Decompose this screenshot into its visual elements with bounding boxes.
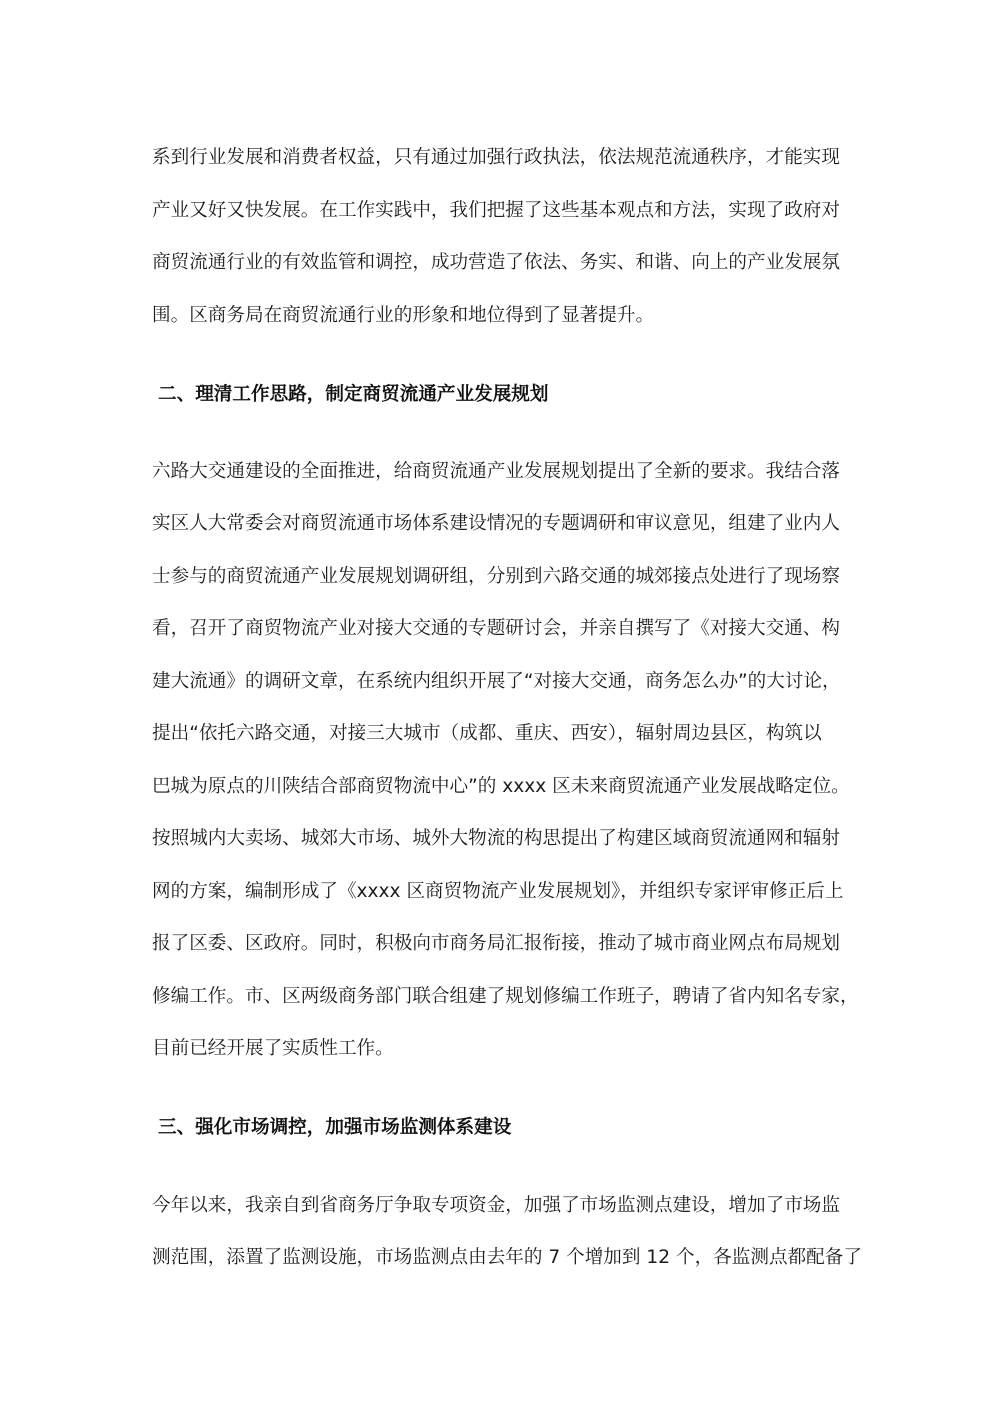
text-line: 修编工作。市、区两级商务部门联合组建了规划修编工作班子，聘请了省内知名专家， — [152, 985, 859, 1009]
text-line: 测范围，添置了监测设施，市场监测点由去年的 7 个增加到 12 个，各监测点都配… — [152, 1246, 862, 1270]
document-page: 系到行业发展和消费者权益，只有通过加强行政执法，依法规范流通秩序，才能实现 产业… — [0, 0, 1000, 1415]
text-line: 士参与的商贸流通产业发展规划调研组，分别到六路交通的城郊接点处进行了现场察 — [152, 565, 840, 589]
text-line: 提出“依托六路交通，对接三大城市（成都、重庆、西安），辐射周边县区，构筑以 — [152, 722, 822, 746]
text-line: 巴城为原点的川陕结合部商贸物流中心”的 xxxx 区未来商贸流通产业发展战略定位… — [152, 775, 850, 799]
text-line: 商贸流通行业的有效监管和调控，成功营造了依法、务实、和谐、向上的产业发展氛 — [152, 251, 840, 275]
text-line: 目前已经开展了实质性工作。 — [152, 1037, 394, 1061]
text-line: 网的方案，编制形成了《xxxx 区商贸物流产业发展规划》，并组织专家评审修正后上 — [152, 880, 843, 904]
text-line: 报了区委、区政府。同时，积极向市商务局汇报衔接，推动了城市商业网点布局规划 — [152, 932, 840, 956]
text-line: 按照城内大卖场、城郊大市场、城外大物流的构思提出了构建区域商贸流通网和辐射 — [152, 827, 840, 851]
text-line: 围。区商务局在商贸流通行业的形象和地位得到了显著提升。 — [152, 304, 654, 328]
text-line: 产业又好又快发展。在工作实践中，我们把握了这些基本观点和方法，实现了政府对 — [152, 199, 840, 223]
text-line: 建大流通》的调研文章，在系统内组织开展了“对接大交通，商务怎么办”的大讨论， — [152, 670, 841, 694]
text-line: 六路大交通建设的全面推进，给商贸流通产业发展规划提出了全新的要求。我结合落 — [152, 460, 840, 484]
section-3-heading: 三、强化市场调控，加强市场监测体系建设 — [158, 1116, 511, 1140]
section-2-heading: 二、理清工作思路，制定商贸流通产业发展规划 — [158, 383, 548, 407]
text-line: 实区人大常委会对商贸流通市场体系建设情况的专题调研和审议意见，组建了业内人 — [152, 512, 840, 536]
text-line: 今年以来，我亲自到省商务厅争取专项资金，加强了市场监测点建设，增加了市场监 — [152, 1194, 840, 1218]
text-line: 看，召开了商贸物流产业对接大交通的专题研讨会，并亲自撰写了《对接大交通、构 — [152, 617, 840, 641]
text-line: 系到行业发展和消费者权益，只有通过加强行政执法，依法规范流通秩序，才能实现 — [152, 146, 840, 170]
